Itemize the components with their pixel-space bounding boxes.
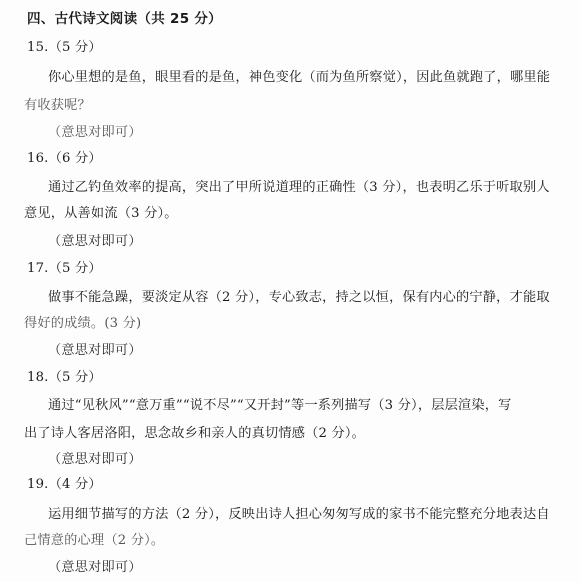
question-17-answer-line-1: 做事不能急躁，要淡定从容（2 分），专心致志，持之以恒，保有内心的宁静，才能取 <box>48 290 550 306</box>
question-19-answer-line-2: 己情意的心理（2 分）。 <box>24 533 164 549</box>
question-15-answer-line-1: 你心里想的是鱼，眼里看的是鱼，神色变化（而为鱼所察觉），因此鱼就跑了，哪里能 <box>48 70 550 86</box>
question-15-number: 15.（5 分） <box>27 40 102 56</box>
question-15-answer-line-2: 有收获呢？ <box>24 98 91 114</box>
question-17-note: （意思对即可） <box>48 343 142 359</box>
question-18-number: 18.（5 分） <box>27 370 102 386</box>
question-17-answer-line-2: 得好的成绩。(3 分) <box>24 316 141 332</box>
question-19-number: 19.（4 分） <box>27 477 102 493</box>
answer-key-page: 四、古代诗文阅读（共 25 分） 15.（5 分） 你心里想的是鱼，眼里看的是鱼… <box>0 0 580 582</box>
question-18-answer-line-1: 通过“见秋风”“意万重”“说不尽”“又开封”等一系列描写（3 分），层层渲染，写 <box>48 398 512 414</box>
question-18-note: （意思对即可） <box>48 452 142 468</box>
question-19-answer-line-1: 运用细节描写的方法（2 分），反映出诗人担心匆匆写成的家书不能完整充分地表达自 <box>48 507 550 523</box>
question-19-note: （意思对即可） <box>48 560 142 576</box>
question-18-answer-line-2: 出了诗人客居洛阳，思念故乡和亲人的真切情感（2 分）。 <box>24 426 365 442</box>
question-16-answer-line-2: 意见，从善如流（3 分）。 <box>24 206 178 222</box>
question-17-number: 17.（5 分） <box>27 261 102 277</box>
question-16-answer-line-1: 通过乙钓鱼效率的提高，突出了甲所说道理的正确性（3 分），也表明乙乐于听取别人 <box>48 180 550 196</box>
question-15-note: （意思对即可） <box>48 125 142 141</box>
question-16-number: 16.（6 分） <box>27 151 102 167</box>
section-title: 四、古代诗文阅读（共 25 分） <box>27 11 222 27</box>
question-16-note: （意思对即可） <box>48 234 142 250</box>
